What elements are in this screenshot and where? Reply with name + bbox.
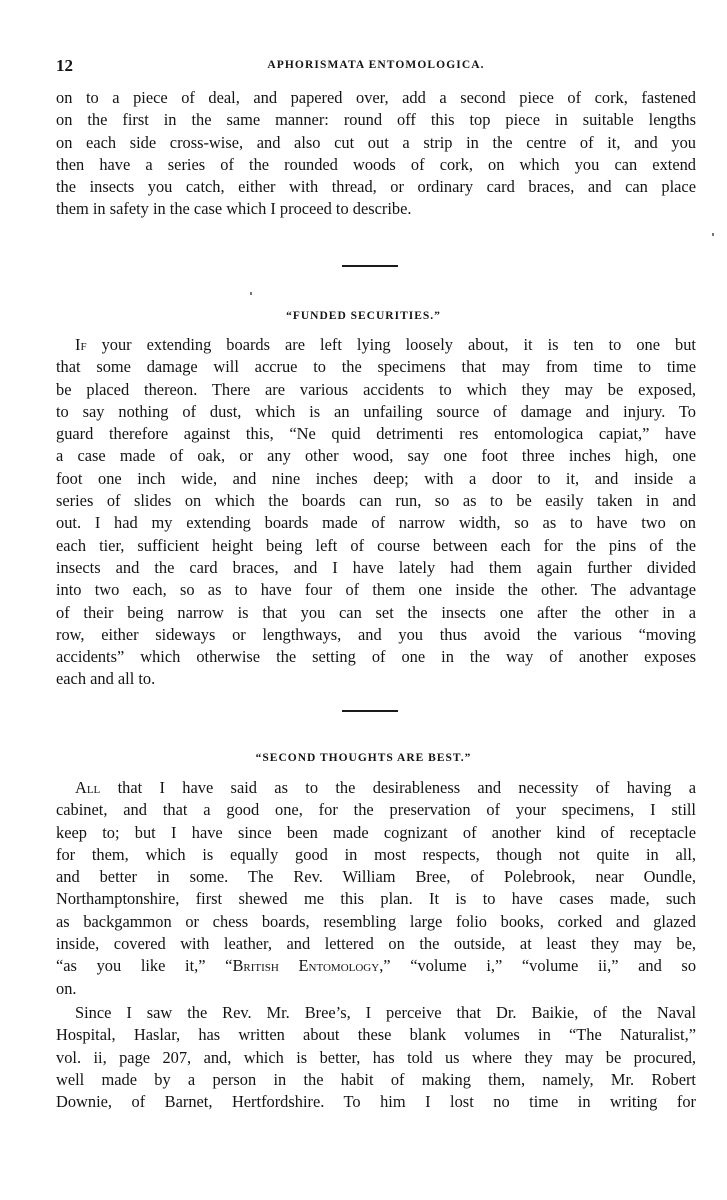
text-line: into two each, so as to have four of the… [56,579,696,601]
drop-word: All [75,778,100,797]
text-line: cabinet, and that a good one, for the pr… [56,799,696,821]
text-line: on each side cross-wise, and also cut ou… [56,132,696,154]
drop-word: If [75,335,87,354]
section-heading-second-thoughts: “SECOND THOUGHTS ARE BEST.” [0,752,727,764]
text-line: the insects you catch, either with threa… [56,176,696,198]
text-line: Hospital, Haslar, has written about thes… [56,1024,696,1046]
text-line: insects and the card braces, and I have … [56,557,696,579]
text-line: vol. ii, page 207, and, which is better,… [56,1047,696,1069]
text-line: as backgammon or chess boards, resemblin… [56,911,696,933]
text-line: If your extending boards are left lying … [56,334,696,356]
small-caps-title: British Entomology [232,956,379,975]
text-line: be placed thereon. There are various acc… [56,379,696,401]
text-line: guard therefore against this, “Ne quid d… [56,423,696,445]
running-head: 12 APHORISMATA ENTOMOLOGICA. [56,56,696,78]
text-line: then have a series of the rounded woods … [56,154,696,176]
text-line: keep to; but I have since been made cogn… [56,822,696,844]
text-line: them in safety in the case which I proce… [56,198,696,220]
text-line: All that I have said as to the desirable… [56,777,696,799]
scan-speck [250,292,252,295]
section-divider [342,265,398,267]
text-line: Since I saw the Rev. Mr. Bree’s, I perce… [56,1002,696,1024]
text-line: foot one inch wide, and nine inches deep… [56,468,696,490]
text-line: on to a piece of deal, and papered over,… [56,87,696,109]
text-line: to say nothing of dust, which is an unfa… [56,401,696,423]
text-line: inside, covered with leather, and letter… [56,933,696,955]
text-line: Northamptonshire, first shewed me this p… [56,888,696,910]
text-line: series of slides on which the boards can… [56,490,696,512]
running-title: APHORISMATA ENTOMOLOGICA. [56,59,696,71]
text-line: each and all to. [56,668,696,690]
funded-securities-paragraph: If your extending boards are left lying … [56,334,696,691]
text-line: well made by a person in the habit of ma… [56,1069,696,1091]
section-heading-funded-securities: “FUNDED SECURITIES.” [0,310,727,322]
text-line: out. I had my extending boards made of n… [56,512,696,534]
scan-speck [712,233,714,236]
intro-paragraph: on to a piece of deal, and papered over,… [56,87,696,221]
text-line: that some damage will accrue to the spec… [56,356,696,378]
second-thoughts-paragraph: All that I have said as to the desirable… [56,777,696,1000]
section-divider [342,710,398,712]
text-line: for them, which is equally good in most … [56,844,696,866]
text-line: on. [56,978,696,1000]
baikie-paragraph: Since I saw the Rev. Mr. Bree’s, I perce… [56,1002,696,1113]
text-line: each tier, sufficient height being left … [56,535,696,557]
text-line: row, either sideways or lengthways, and … [56,624,696,646]
text-line: “as you like it,” “British Entomology,” … [56,955,696,977]
text-line: on the first in the same manner: round o… [56,109,696,131]
text-line: Downie, of Barnet, Hertfordshire. To him… [56,1091,696,1113]
text-line: a case made of oak, or any other wood, s… [56,445,696,467]
text-line: of their being narrow is that you can se… [56,602,696,624]
text-line: accidents” which otherwise the setting o… [56,646,696,668]
book-page: 12 APHORISMATA ENTOMOLOGICA. on to a pie… [0,0,727,1200]
text-line: and better in some. The Rev. William Bre… [56,866,696,888]
